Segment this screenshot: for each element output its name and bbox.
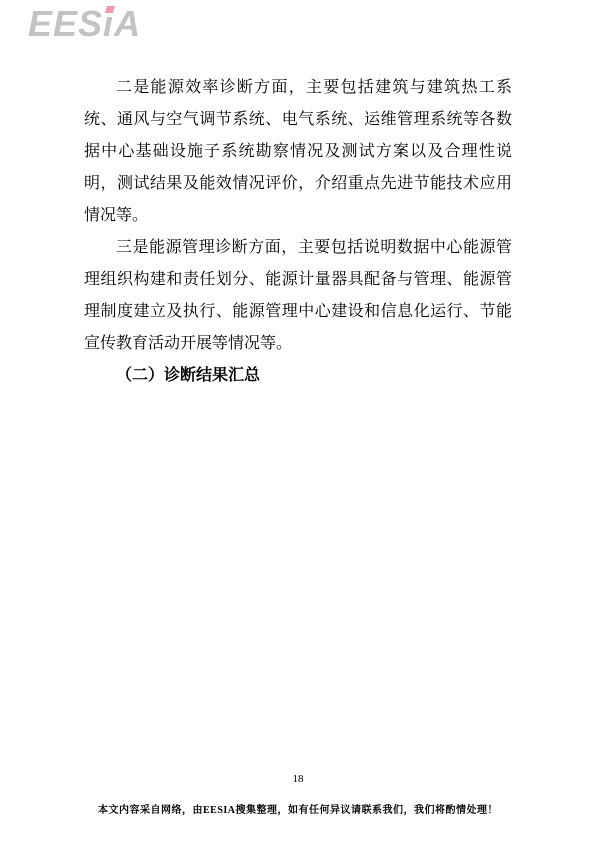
section-heading: （二）诊断结果汇总 bbox=[84, 360, 512, 392]
logo-letter-i: ı bbox=[103, 4, 114, 44]
page-number: 18 bbox=[0, 773, 596, 785]
paragraph: 三是能源管理诊断方面，主要包括说明数据中心能源管理组织构建和责任划分、能源计量器… bbox=[84, 232, 512, 360]
document-page: EESıA 二是能源效率诊断方面，主要包括建筑与建筑热工系统、通风与空气调节系统… bbox=[0, 0, 596, 842]
document-body: 二是能源效率诊断方面，主要包括建筑与建筑热工系统、通风与空气调节系统、电气系统、… bbox=[84, 72, 512, 392]
footer-disclaimer: 本文内容采自网络，由EESIA搜集整理，如有任何异议请联系我们，我们将酌情处理！ bbox=[0, 801, 596, 816]
paragraph: 二是能源效率诊断方面，主要包括建筑与建筑热工系统、通风与空气调节系统、电气系统、… bbox=[84, 72, 512, 232]
logo-text-suffix: A bbox=[114, 3, 141, 44]
logo-text-prefix: EES bbox=[28, 3, 103, 44]
eesia-logo: EESıA bbox=[28, 4, 141, 44]
